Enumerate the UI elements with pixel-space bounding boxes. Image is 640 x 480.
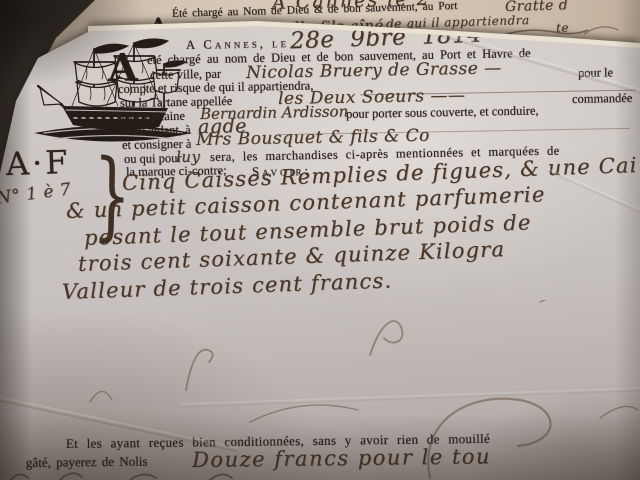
cargo-mark: A·F <box>5 143 71 183</box>
main-document: A Cannes, le 28e 9bre 1814 A été chargé … <box>0 0 640 480</box>
body-line2-print2: pour le <box>578 65 613 81</box>
photograph-of-shipping-document: A Cannes le 2 Été chargé au Nom de Dieu … <box>0 0 640 480</box>
cargo-numbering: N° 1 è 7 <box>0 179 72 208</box>
main-document-wrapper: A Cannes, le 28e 9bre 1814 A été chargé … <box>0 0 640 480</box>
body-line5-print2: pour porter sous couverte, et conduire, <box>346 103 539 122</box>
body-line4-print2: commandée <box>572 91 633 107</box>
cut-off-handwriting <box>0 468 400 480</box>
